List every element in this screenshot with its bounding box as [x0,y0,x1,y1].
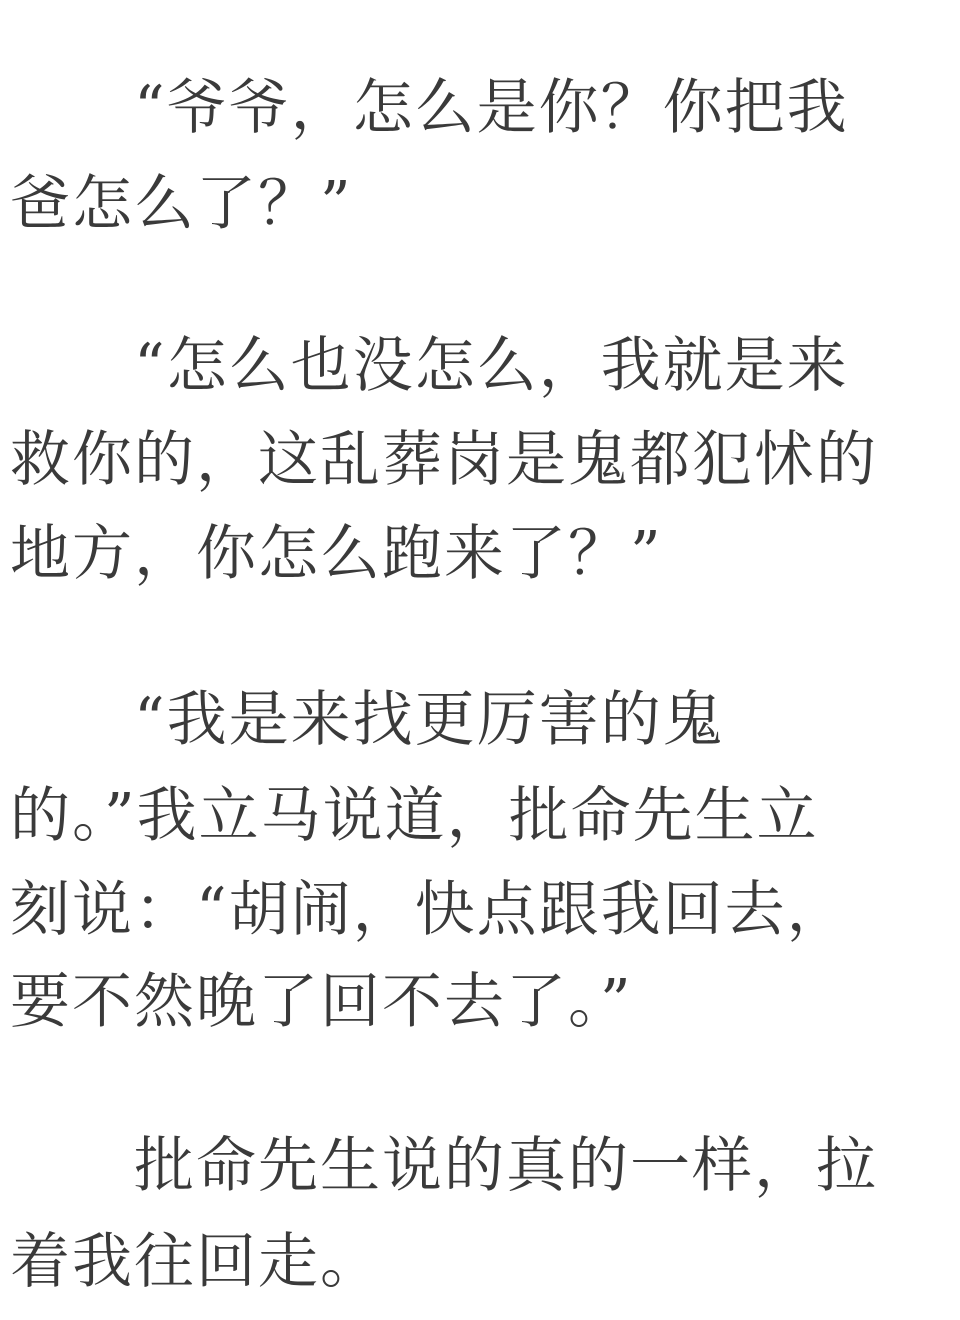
text-line: 要不然晚了回不去了。” [10,966,633,1038]
text-line: “怎么也没怎么，我就是来 [10,330,849,402]
text-line: 爸怎么了？” [10,168,353,240]
text-line: “我是来找更厉害的鬼 [10,684,725,756]
text-line: 地方，你怎么跑来了？” [10,518,663,590]
text-line: “爷爷，怎么是你？你把我 [10,72,849,144]
text-line: 着我往回走。 [10,1226,382,1298]
text-line: 批命先生说的真的一样，拉 [10,1130,878,1202]
text-line: 刻说：“胡闹，快点跟我回去， [10,874,849,946]
text-line: 救你的，这乱葬岗是鬼都犯怵的 [10,424,878,496]
text-line: 的。”我立马说道，批命先生立 [10,780,819,852]
document-page: “爷爷，怎么是你？你把我 爸怎么了？” “怎么也没怎么，我就是来 救你的，这乱葬… [0,0,960,1320]
